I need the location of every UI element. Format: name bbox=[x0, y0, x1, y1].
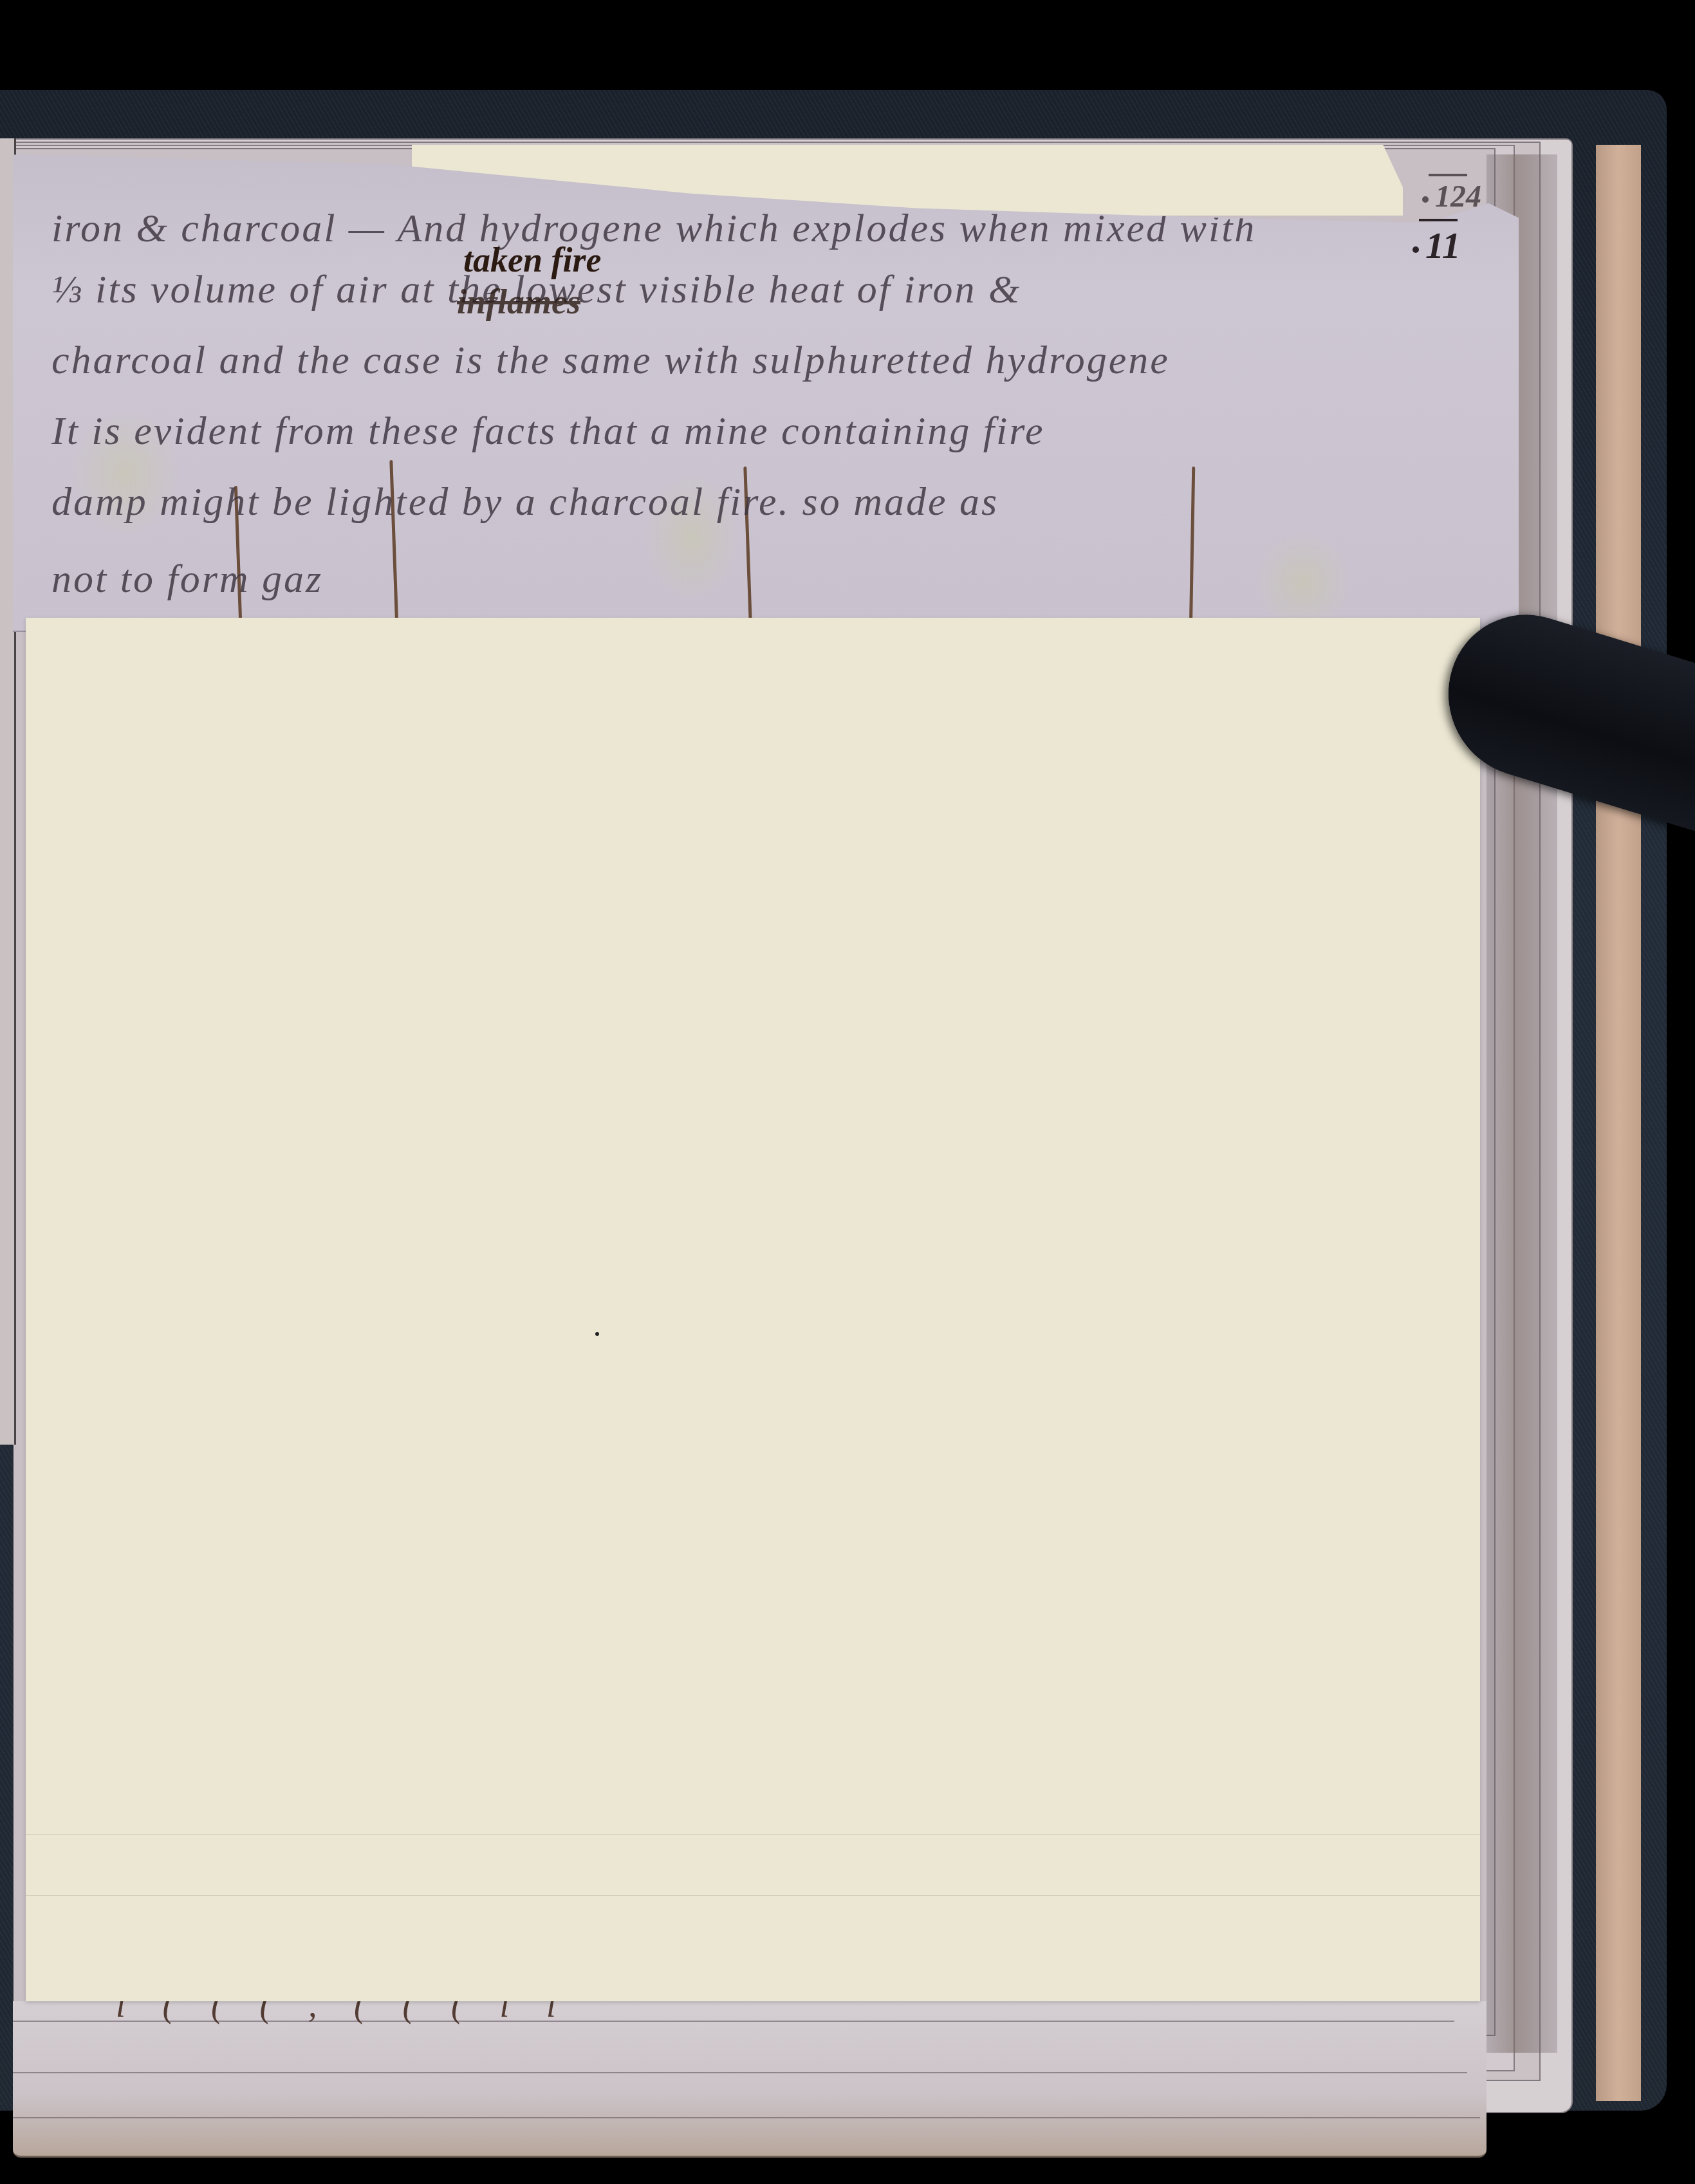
manuscript-line-3: charcoal and the case is the same with s… bbox=[51, 338, 1170, 384]
manuscript-line-5: damp might be lighted by a charcoal fire… bbox=[51, 479, 999, 525]
folio-underline bbox=[1429, 174, 1467, 176]
folio-underline bbox=[1419, 219, 1458, 221]
folio-dot bbox=[1422, 196, 1429, 203]
cream-interleaf-sheet bbox=[26, 618, 1480, 2001]
ink-stroke bbox=[1189, 467, 1196, 634]
manuscript-line-4: It is evident from these facts that a mi… bbox=[51, 409, 1045, 454]
folio-number-text: 124 bbox=[1435, 180, 1481, 214]
page-edge-line bbox=[13, 2117, 1480, 2118]
endpaper-edge bbox=[1596, 145, 1641, 2101]
manuscript-line-6: not to form gaz bbox=[51, 557, 323, 602]
folio-number-front: 11 bbox=[1412, 219, 1461, 267]
faint-rule-line bbox=[26, 1834, 1480, 1835]
folio-number-text: 11 bbox=[1425, 225, 1461, 266]
faint-rule-line bbox=[26, 1895, 1480, 1896]
folio-number-behind: 124 bbox=[1422, 174, 1481, 214]
paper-speck bbox=[595, 1332, 599, 1336]
interlinear-insertion: taken fire bbox=[463, 241, 601, 279]
struck-word: inflames bbox=[457, 283, 580, 320]
folio-dot bbox=[1412, 246, 1419, 253]
page-edge-line bbox=[13, 2072, 1467, 2073]
